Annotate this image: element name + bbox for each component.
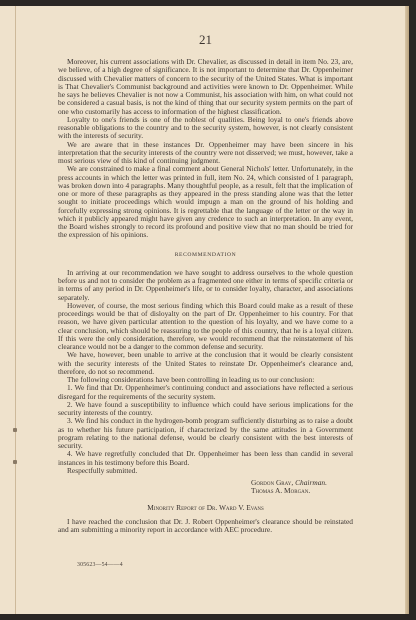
- section-heading-recommendation: RECOMMENDATION: [58, 251, 353, 259]
- paragraph: In arriving at our recommendation we hav…: [58, 269, 353, 302]
- paragraph: We are aware that in these instances Dr.…: [58, 141, 353, 166]
- paragraph: I have reached the conclusion that Dr. J…: [58, 518, 353, 535]
- paragraph: However, of course, the most serious fin…: [58, 302, 353, 352]
- page-number: 21: [58, 36, 353, 44]
- binding-gutter-line: [15, 6, 16, 614]
- document-page: 21 Moreover, his current associations wi…: [0, 6, 409, 614]
- finding-item: 4. We have regretfully concluded that Dr…: [58, 450, 353, 467]
- paragraph: We are constrained to make a final comme…: [58, 165, 353, 239]
- print-code: 305623—54——4: [77, 562, 123, 568]
- body-text: Moreover, his current associations with …: [58, 58, 353, 534]
- binding-mark: [13, 428, 17, 432]
- page-edge: [405, 6, 409, 614]
- paragraph: Loyalty to one's friends is one of the n…: [58, 116, 353, 141]
- paragraph: Moreover, his current associations with …: [58, 58, 353, 116]
- paragraph: We have, however, been unable to arrive …: [58, 351, 353, 376]
- section-heading-minority-report: Minority Report of Dr. Ward V. Evans: [58, 504, 353, 512]
- finding-item: 3. We find his conduct in the hydrogen-b…: [58, 417, 353, 450]
- signature-member: Thomas A. Morgan.: [251, 487, 353, 495]
- finding-item: 2. We have found a susceptibility to inf…: [58, 401, 353, 418]
- signature-block: Gordon Gray, Chairman. Thomas A. Morgan.: [58, 479, 353, 496]
- closing: Respectfully submitted.: [58, 467, 353, 475]
- binding-mark: [13, 460, 17, 464]
- finding-item: 1. We find that Dr. Oppenheimer's contin…: [58, 384, 353, 401]
